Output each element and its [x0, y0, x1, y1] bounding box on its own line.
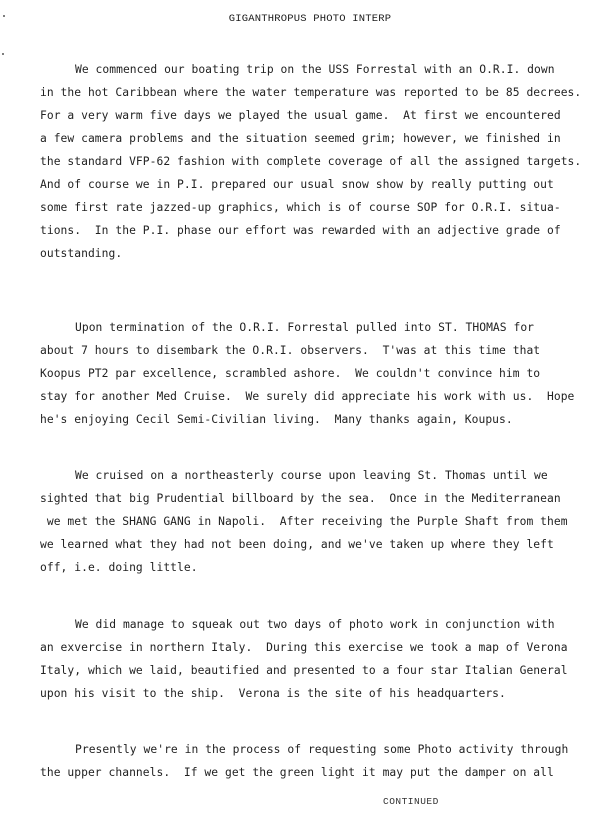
scan-speck: [2, 53, 4, 55]
text-line: sighted that big Prudential billboard by…: [40, 487, 600, 510]
text-line: Presently we're in the process of reques…: [40, 738, 600, 761]
text-line: some first rate jazzed-up graphics, whic…: [40, 196, 600, 219]
text-line: we met the SHANG GANG in Napoli. After r…: [40, 510, 600, 533]
text-line: the standard VFP-62 fashion with complet…: [40, 150, 600, 173]
text-line: stay for another Med Cruise. We surely d…: [40, 385, 600, 408]
paragraph-1: We commenced our boating trip on the USS…: [40, 58, 600, 265]
text-line: We did manage to squeak out two days of …: [40, 613, 600, 636]
paragraph-2: Upon termination of the O.R.I. Forrestal…: [40, 316, 600, 431]
text-line: upon his visit to the ship. Verona is th…: [40, 682, 600, 705]
paragraph-3: We cruised on a northeasterly course upo…: [40, 464, 600, 579]
text-line: tions. In the P.I. phase our effort was …: [40, 219, 600, 242]
text-line: outstanding.: [40, 242, 600, 265]
continued-footer: CONTINUED: [383, 796, 439, 807]
document-page: GIGANTHROPUS PHOTO INTERP We commenced o…: [0, 0, 600, 835]
text-line: a few camera problems and the situation …: [40, 127, 600, 150]
document-title: GIGANTHROPUS PHOTO INTERP: [0, 13, 600, 25]
text-line: Italy, which we laid, beautified and pre…: [40, 659, 600, 682]
text-line: Upon termination of the O.R.I. Forrestal…: [40, 316, 600, 339]
paragraph-4: We did manage to squeak out two days of …: [40, 613, 600, 705]
text-line: the upper channels. If we get the green …: [40, 761, 600, 784]
text-line: off, i.e. doing little.: [40, 556, 600, 579]
text-line: in the hot Caribbean where the water tem…: [40, 81, 600, 104]
paragraph-5: Presently we're in the process of reques…: [40, 738, 600, 784]
text-line: about 7 hours to disembark the O.R.I. ob…: [40, 339, 600, 362]
text-line: an exvercise in northern Italy. During t…: [40, 636, 600, 659]
text-line: we learned what they had not been doing,…: [40, 533, 600, 556]
text-line: And of course we in P.I. prepared our us…: [40, 173, 600, 196]
text-line: Koopus PT2 par excellence, scrambled ash…: [40, 362, 600, 385]
text-line: For a very warm five days we played the …: [40, 104, 600, 127]
text-line: he's enjoying Cecil Semi-Civilian living…: [40, 408, 600, 431]
text-line: We commenced our boating trip on the USS…: [40, 58, 600, 81]
text-line: We cruised on a northeasterly course upo…: [40, 464, 600, 487]
